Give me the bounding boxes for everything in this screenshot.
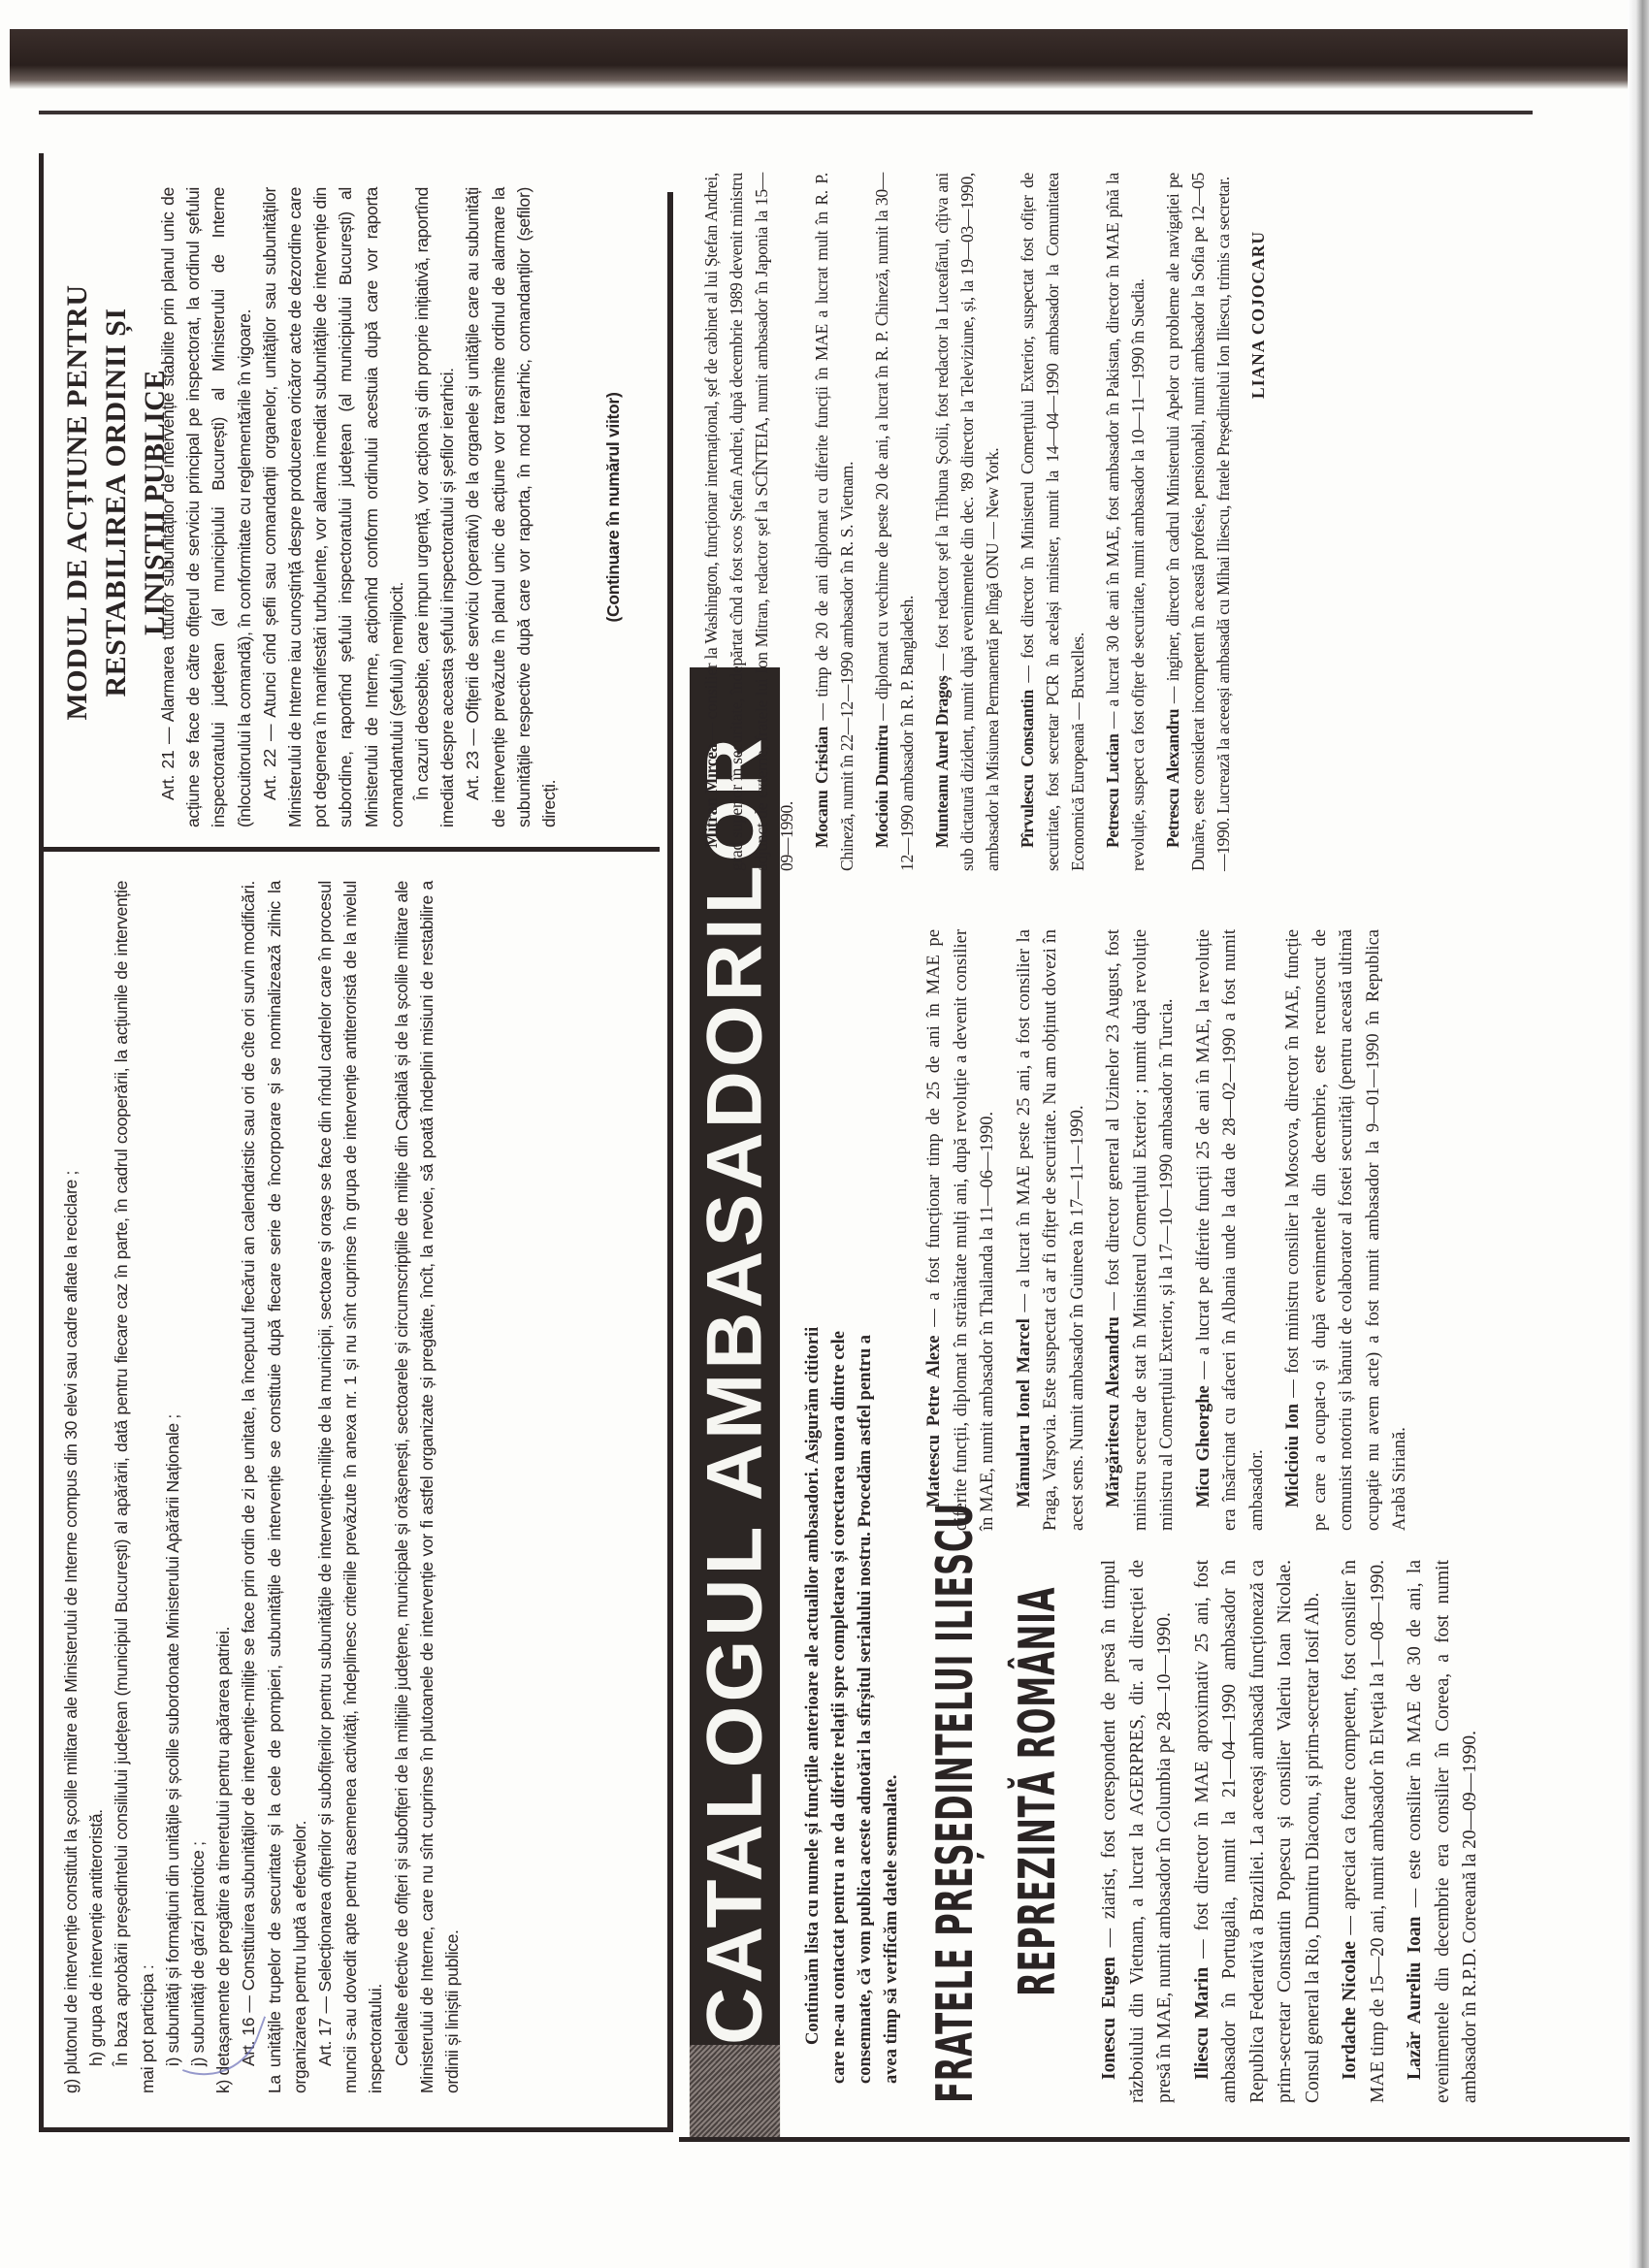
banner-dither — [690, 2045, 780, 2142]
ambassador-name: Mărgăritescu Alexandru — [1104, 1316, 1123, 1507]
paragraph: În baza aprobării președintelui consiliu… — [109, 881, 159, 2093]
paragraph: Celelalte efective de ofițeri și subofiț… — [389, 881, 466, 2093]
ambassador-column-1: Ionescu Eugen — ziarist, fost coresponde… — [1096, 1560, 1495, 2103]
paragraph: j) subunități de gărzi patriotice ; — [185, 881, 210, 2093]
paragraph: Art. 17 — Selecționarea ofițerilor și su… — [312, 881, 389, 2093]
continuation-note: (Continuare în numărul viitor) — [600, 187, 626, 827]
article-left-column: g) plutonul de intervenție constituit la… — [58, 881, 465, 2093]
ambassador-name: Mămularu Ionel Marcel — [1015, 1318, 1034, 1507]
ambassador-name: Pîrvulescu Constantin — [1018, 690, 1037, 848]
paragraph: i) subunități și formațiuni din unitățil… — [160, 881, 185, 2093]
article-right-column: Art. 21 — Alarmarea tuturor subunitățilo… — [155, 187, 626, 827]
frame-rule-top — [39, 153, 44, 2132]
paragraph: g) plutonul de intervenție constituit la… — [58, 881, 83, 2093]
catalog-intro: Continuăm lista cu numele și funcțiile a… — [800, 726, 905, 2084]
ambassador-name: Miclcioiu Ion — [1283, 1404, 1303, 1507]
paragraph: În cazuri deosebite, care impun urgență,… — [409, 187, 460, 827]
ambassador-column-2: Mateescu Petre Alexe — a fost funcționar… — [921, 929, 1424, 1531]
ambassador-name: Mitran Mircea — [701, 744, 721, 848]
left-vertical-rule — [679, 2137, 1630, 2142]
paragraph: Art. 22 — Atunci cînd șefii sau comandan… — [257, 187, 409, 827]
ambassador-name: Lazăr Aureliu Ioan — [1405, 1917, 1425, 2080]
frame-rule-divider — [39, 847, 660, 852]
ambassador-name: Petrescu Lucian — [1103, 733, 1122, 848]
author-signature: LIANA COJOCARU — [1245, 173, 1271, 871]
ambassador-name: Iliescu Marin — [1192, 1967, 1212, 2080]
ambassador-name: Petrescu Alexandru — [1163, 709, 1182, 848]
paragraph: h) grupa de intervenție antiteroristă. — [83, 881, 109, 2093]
ambassador-name: Ionescu Eugen — [1099, 1957, 1119, 2080]
frame-rule-bottom — [667, 192, 673, 2132]
paragraph: Art. 23 — Ofițerii de serviciu (operativ… — [460, 187, 562, 827]
ambassador-name: Mocioiu Dumitru — [872, 725, 891, 848]
paragraph: Art. 16 — Constituirea subunităților de … — [236, 881, 312, 2093]
right-vertical-rule — [39, 111, 1533, 114]
catalog-banner: CATALOGUL AMBASADORILOR — [690, 667, 780, 2142]
ambassador-name: Mateescu Petre Alexe — [924, 1336, 944, 1507]
ambassador-name: Iordache Nicolae — [1340, 1941, 1360, 2080]
ambassador-name: Mocanu Cristian — [812, 727, 831, 848]
frame-rule-left — [39, 2127, 669, 2132]
ambassador-name: Munteanu Aurel Dragoș — [932, 676, 952, 849]
paragraph: k) detașamente de pregătire a tineretulu… — [210, 881, 236, 2093]
newspaper-page: g) plutonul de intervenție constituit la… — [0, 0, 1649, 2268]
headline-line-2: REPREZINTĂ ROMÂNIA — [1009, 1587, 1067, 1996]
paragraph: Art. 21 — Alarmarea tuturor subunitățilo… — [155, 187, 257, 827]
ambassador-name: Micu Gheorghe — [1194, 1385, 1213, 1507]
ambassador-column-3: Mitran Mircea — consilier la Washington,… — [698, 173, 1280, 871]
headline-line-1: FRATELE PREȘEDINTELUI ILIESCU — [926, 1503, 985, 2103]
